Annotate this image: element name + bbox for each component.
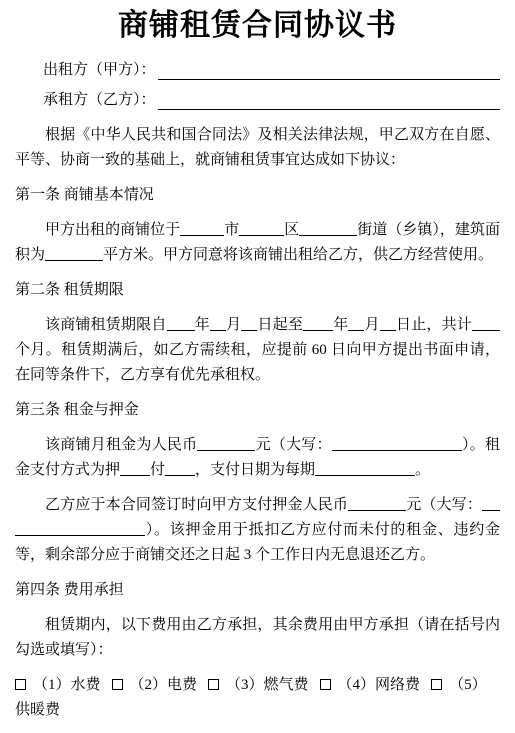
lessee-line-blank	[158, 92, 500, 110]
checkbox-gas-fee[interactable]	[208, 679, 219, 690]
fill-in-blank	[241, 316, 257, 331]
article-4-body: 租赁期内，以下费用由乙方承担，其余费用由甲方承担（请在括号内勾选或填写）：	[15, 613, 500, 663]
fee-options: （1）水费（2）电费（3）燃气费（4）网络费（5）供暖费	[15, 673, 500, 723]
article-2-body-text: 个月。租赁期满后，如乙方需续租，应提前 60 日向甲方提出书面申请，在同等条件下…	[15, 342, 500, 383]
article-3-rent: 该商铺月租金为人民币元（大写：）。租金支付方式为押付，支付日期为每期。	[15, 433, 500, 483]
fill-in-blank	[348, 496, 406, 511]
checkbox-electricity-fee[interactable]	[112, 679, 123, 690]
fill-in-blank	[165, 461, 195, 476]
fee-option-electricity-fee: （2）电费	[112, 677, 198, 693]
article-2-body-text: 日止，共计	[396, 317, 472, 333]
fill-in-blank	[180, 221, 224, 236]
fill-in-blank	[167, 316, 195, 331]
article-3-rent-text: 。	[415, 462, 430, 478]
article-2-body: 该商铺租赁期限自年月日起至年月日止，共计个月。租赁期满后，如乙方需续租，应提前 …	[15, 313, 500, 388]
contract-document-page: 商铺租赁合同协议书 出租方（甲方）：承租方（乙方）：根据《中华人民共和国合同法》…	[0, 0, 515, 733]
checkbox-label-network-fee: （4）网络费	[338, 677, 421, 693]
fee-option-gas-fee: （3）燃气费	[208, 677, 309, 693]
article-3-deposit: 乙方应于本合同签订时向甲方支付押金人民币元（大写：）。该押金用于抵扣乙方应付而未…	[15, 493, 500, 568]
preamble-text: 根据《中华人民共和国合同法》及相关法律法规，甲乙双方在自愿、平等、协商一致的基础…	[15, 127, 500, 168]
preamble: 根据《中华人民共和国合同法》及相关法律法规，甲乙双方在自愿、平等、协商一致的基础…	[15, 123, 500, 173]
article-1-body-text: 甲方出租的商铺位于	[45, 222, 180, 238]
document-blocks: 出租方（甲方）：承租方（乙方）：根据《中华人民共和国合同法》及相关法律法规，甲乙…	[15, 58, 500, 723]
article-3-rent-text: 该商铺月租金为人民币	[45, 437, 197, 453]
checkbox-heating-fee[interactable]	[431, 679, 442, 690]
fill-in-blank	[210, 316, 226, 331]
checkbox-water-fee[interactable]	[15, 679, 26, 690]
checkbox-label-gas-fee: （3）燃气费	[226, 677, 309, 693]
document-title: 商铺租赁合同协议书	[15, 8, 500, 44]
fill-in-blank	[482, 496, 500, 511]
fill-in-blank	[315, 461, 415, 476]
article-3-deposit-text: 元（大写：	[406, 497, 482, 513]
lessor-line-blank	[158, 62, 500, 80]
fill-in-blank	[15, 521, 145, 536]
lessee-line: 承租方（乙方）：	[15, 88, 500, 113]
checkbox-network-fee[interactable]	[320, 679, 331, 690]
fill-in-blank	[299, 221, 357, 236]
fill-in-blank	[120, 461, 150, 476]
checkbox-label-water-fee: （1）水费	[33, 677, 101, 693]
article-3-deposit-text: 乙方应于本合同签订时向甲方支付押金人民币	[45, 497, 348, 513]
article-3-rent-text: 元（大写：	[255, 437, 331, 453]
article-1-body-text: 平方米。甲方同意将该商铺出租给乙方，供乙方经营使用。	[103, 247, 493, 263]
fill-in-blank	[303, 316, 333, 331]
lessee-line-label: 承租方（乙方）：	[43, 88, 156, 113]
article-2-body-text: 月	[226, 317, 241, 333]
fill-in-blank	[332, 436, 462, 451]
article-3-heading: 第三条 租金与押金	[15, 398, 500, 423]
article-2-body-text: 日起至	[257, 317, 303, 333]
article-4-heading: 第四条 费用承担	[15, 578, 500, 603]
article-2-heading: 第二条 租赁期限	[15, 278, 500, 303]
fill-in-blank	[197, 436, 255, 451]
fill-in-blank	[348, 316, 364, 331]
article-2-body-text: 年	[195, 317, 210, 333]
lessor-line: 出租方（甲方）：	[15, 58, 500, 83]
article-2-body-text: 该商铺租赁期限自	[45, 317, 167, 333]
lessor-line-label: 出租方（甲方）：	[43, 58, 156, 83]
fill-in-blank	[380, 316, 396, 331]
article-1-heading: 第一条 商铺基本情况	[15, 183, 500, 208]
article-3-rent-text: ，支付日期为每期	[195, 462, 315, 478]
fill-in-blank	[472, 316, 500, 331]
article-1-body-text: 市	[224, 222, 239, 238]
fill-in-blank	[239, 221, 284, 236]
checkbox-label-electricity-fee: （2）电费	[130, 677, 198, 693]
article-2-body-text: 月	[364, 317, 379, 333]
article-4-body-text: 租赁期内，以下费用由乙方承担，其余费用由甲方承担（请在括号内勾选或填写）：	[15, 617, 500, 658]
article-3-rent-text: 付	[150, 462, 165, 478]
fee-option-network-fee: （4）网络费	[320, 677, 421, 693]
article-1-body: 甲方出租的商铺位于市区街道（乡镇），建筑面积为平方米。甲方同意将该商铺出租给乙方…	[15, 218, 500, 268]
article-1-body-text: 区	[284, 222, 299, 238]
article-2-body-text: 年	[333, 317, 348, 333]
fill-in-blank	[45, 246, 103, 261]
fee-option-water-fee: （1）水费	[15, 677, 101, 693]
